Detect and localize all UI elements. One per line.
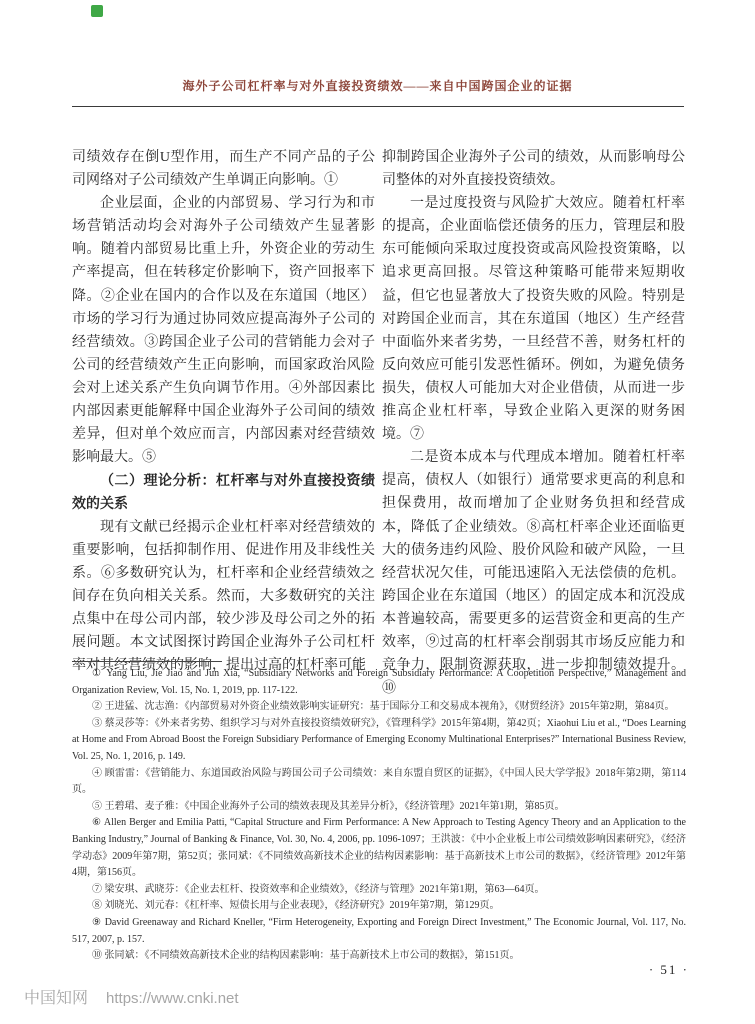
running-head-title: 海外子公司杠杆率与对外直接投资绩效——来自中国跨国企业的证据 [0, 77, 755, 94]
footnote-item: ⑤ 王碧珺、麦子雅：《中国企业海外子公司的绩效表现及其差异分析》，《经济管理》2… [72, 799, 686, 816]
body-paragraph: 一是过度投资与风险扩大效应。随着杠杆率的提高，企业面临偿还债务的压力，管理层和股… [382, 192, 685, 446]
footnote-item: ④ 顾雷雷：《营销能力、东道国政治风险与跨国公司子公司绩效：来自东盟自贸区的证据… [72, 766, 686, 799]
footnote-item: ③ 蔡灵莎等：《外来者劣势、组织学习与对外直接投资绩效研究》，《管理科学》201… [72, 716, 686, 766]
body-paragraph: 抑制跨国企业海外子公司的绩效，从而影响母公司整体的对外直接投资绩效。 [382, 146, 685, 192]
body-column-left: 司绩效存在倒U型作用，而生产不同产品的子公司网络对子公司绩效产生单调正向影响。①… [72, 146, 375, 677]
footnotes-block: ① Yang Liu, Jie Jiao and Jun Xia, “Subsi… [72, 666, 686, 965]
body-paragraph: 现有文献已经揭示企业杠杆率对经营绩效的重要影响，包括抑制作用、促进作用及非线性关… [72, 516, 375, 678]
page-number: · 51 · [649, 962, 689, 978]
footnote-separator [72, 661, 222, 662]
body-paragraph: 二是资本成本与代理成本增加。随着杠杆率提高，债权人（如银行）通常要求更高的利息和… [382, 446, 685, 700]
footnote-item: ② 王进猛、沈志渔：《内部贸易对外资企业绩效影响实证研究：基于国际分工和交易成本… [72, 699, 686, 716]
body-paragraph: 司绩效存在倒U型作用，而生产不同产品的子公司网络对子公司绩效产生单调正向影响。① [72, 146, 375, 192]
cnki-watermark: 中国知网https://www.cnki.net [24, 985, 239, 1008]
footnote-item: ① Yang Liu, Jie Jiao and Jun Xia, “Subsi… [72, 666, 686, 699]
footnote-item: ⑥ Allen Berger and Emilia Patti, “Capita… [72, 815, 686, 881]
footnote-item: ⑨ David Greenaway and Richard Kneller, “… [72, 915, 686, 948]
footnote-item: ⑦ 梁安琪、武晓芬：《企业去杠杆、投资效率和企业绩效》，《经济与管理》2021年… [72, 882, 686, 899]
body-paragraph: 企业层面，企业的内部贸易、学习行为和市场营销活动均会对海外子公司绩效产生显著影响… [72, 192, 375, 469]
header-rule [72, 106, 684, 107]
section-heading: （二）理论分析：杠杆率与对外直接投资绩效的关系 [72, 469, 375, 515]
footnote-item: ⑧ 刘晓光、刘元春：《杠杆率、短债长用与企业表现》，《经济研究》2019年第7期… [72, 898, 686, 915]
green-marker-icon [91, 5, 103, 17]
cnki-watermark-url: https://www.cnki.net [106, 990, 239, 1007]
body-column-right: 抑制跨国企业海外子公司的绩效，从而影响母公司整体的对外直接投资绩效。 一是过度投… [382, 146, 685, 700]
paper-page: 海外子公司杠杆率与对外直接投资绩效——来自中国跨国企业的证据 司绩效存在倒U型作… [0, 0, 755, 1024]
footnote-item: ⑩ 张同斌：《不同绩效高新技术企业的结构因素影响：基于高新技术上市公司的数据》，… [72, 948, 686, 965]
cnki-watermark-name: 中国知网 [24, 990, 88, 1007]
